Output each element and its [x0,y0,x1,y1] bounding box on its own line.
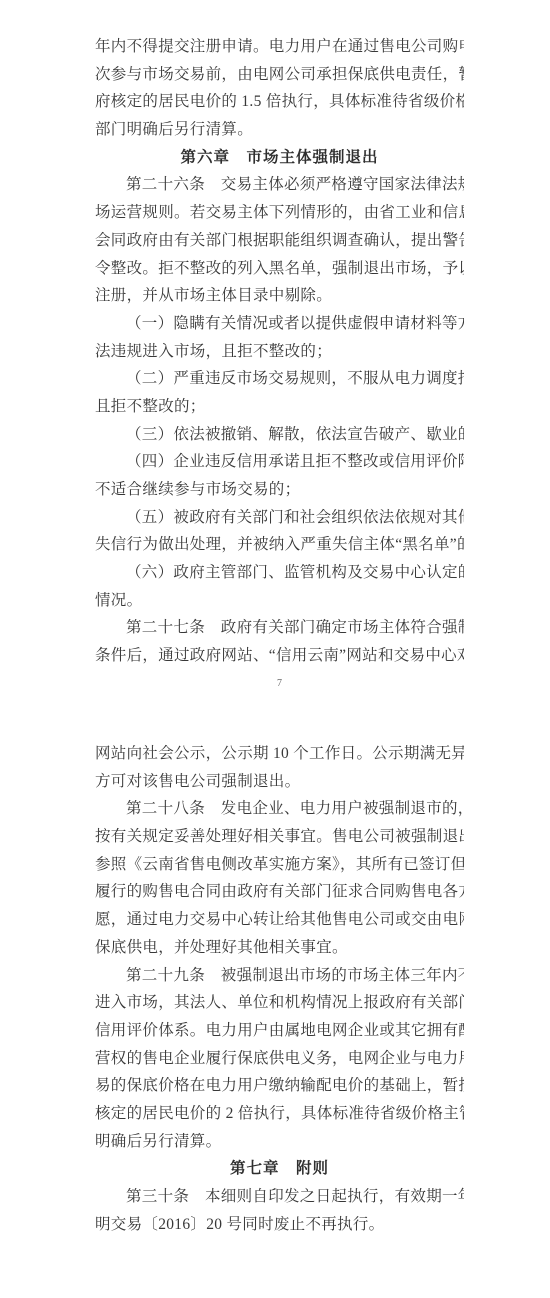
text-line: 失信行为做出处理，并被纳入严重失信主体“黑名单”的； [95,531,464,559]
document-page-8: 网站向社会公示，公示期 10 个工作日。公示期满无异议的，方可对该售电公司强制退… [95,740,464,1238]
text-line: （二）严重违反市场交易规则，不服从电力调度指令， [95,365,464,393]
text-line: （三）依法被撤销、解散，依法宣告破产、歇业的； [95,421,464,449]
text-line: 保底供电，并处理好其他相关事宜。 [95,934,464,962]
text-line: （五）被政府有关部门和社会组织依法依规对其他领域 [95,504,464,532]
text-line: 方可对该售电公司强制退出。 [95,768,464,796]
text-line: （六）政府主管部门、监管机构及交易中心认定的其他 [95,559,464,587]
text-line: 年内不得提交注册申请。电力用户在通过售电公司购电或再 [95,33,464,61]
text-line: 不适合继续参与市场交易的； [95,476,464,504]
text-line: 令整改。拒不整改的列入黑名单，强制退出市场，予以撤销 [95,255,464,283]
text-line: （四）企业违反信用承诺且拒不整改或信用评价降低为 [95,448,464,476]
text-line: 第二十七条 政府有关部门确定市场主体符合强制退出 [95,614,464,642]
text-line: 会同政府由有关部门根据职能组织调查确认，提出警告，勒 [95,227,464,255]
text-line: 部门明确后另行清算。 [95,116,464,144]
text-line: 第二十九条 被强制退出市场的市场主体三年内不得再 [95,962,464,990]
text-line: 核定的居民电价的 2 倍执行，具体标准待省级价格主管部门 [95,1100,464,1128]
text-line: 按有关规定妥善处理好相关事宜。售电公司被强制退出的， [95,823,464,851]
text-line: 第三十条 本细则自印发之日起执行，有效期一年。昆 [95,1183,464,1211]
chapter-heading: 第六章 市场主体强制退出 [95,144,464,172]
chapter-heading: 第七章 附则 [95,1155,464,1183]
text-line: 法违规进入市场，且拒不整改的； [95,338,464,366]
text-line: 营权的售电企业履行保底供电义务，电网企业与电力用户交 [95,1045,464,1073]
text-line: 明确后另行清算。 [95,1128,464,1156]
text-line: 第二十八条 发电企业、电力用户被强制退市的，必须 [95,795,464,823]
document-page-7: 年内不得提交注册申请。电力用户在通过售电公司购电或再次参与市场交易前，由电网公司… [95,33,464,698]
text-line: 场运营规则。若交易主体下列情形的，由省工业和信息化委 [95,199,464,227]
text-line: 网站向社会公示，公示期 10 个工作日。公示期满无异议的， [95,740,464,768]
text-line: 信用评价体系。电力用户由属地电网企业或其它拥有配网运 [95,1017,464,1045]
text-line: （一）隐瞒有关情况或者以提供虚假申请材料等方式违 [95,310,464,338]
scanned-document: 年内不得提交注册申请。电力用户在通过售电公司购电或再次参与市场交易前，由电网公司… [0,0,550,1298]
text-line: 明交易〔2016〕20 号同时废止不再执行。 [95,1211,464,1239]
text-line: 第二十六条 交易主体必须严格遵守国家法律法规和市 [95,171,464,199]
text-line: 参照《云南省售电侧改革实施方案》，其所有已签订但尚未 [95,851,464,879]
text-line: 且拒不整改的； [95,393,464,421]
text-line: 愿，通过电力交易中心转让给其他售电公司或交由电网企业 [95,906,464,934]
text-line: 次参与市场交易前，由电网公司承担保底供电责任，暂按政 [95,61,464,89]
page-number: 7 [95,670,464,698]
text-line: 府核定的居民电价的 1.5 倍执行，具体标准待省级价格主管 [95,88,464,116]
text-line: 情况。 [95,587,464,615]
text-line: 注册，并从市场主体目录中剔除。 [95,282,464,310]
text-line: 进入市场，其法人、单位和机构情况上报政府有关部门记入 [95,989,464,1017]
text-line: 易的保底价格在电力用户缴纳输配电价的基础上，暂按政府 [95,1072,464,1100]
text-line: 履行的购售电合同由政府有关部门征求合同购售电各方意 [95,878,464,906]
text-line: 条件后，通过政府网站、“信用云南”网站和交易中心对外 [95,642,464,670]
